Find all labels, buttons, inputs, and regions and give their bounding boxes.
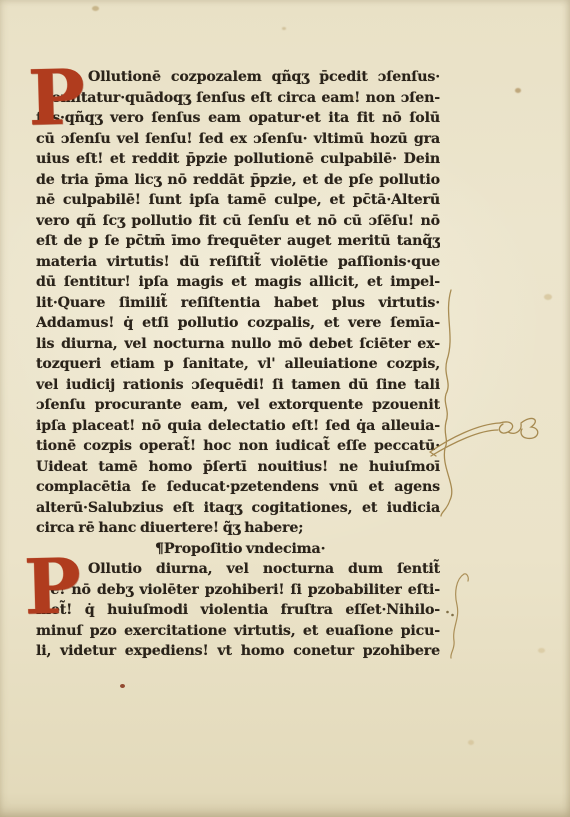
text-line: vero qñ ſcʒ pollutio fit cū ſenſu et nō … bbox=[36, 211, 440, 232]
text-line: complacētia ſe ſeducat·pzetendens vnū et… bbox=[36, 477, 440, 498]
text-line: tozqueri etiam p ſanitate, vl' alleuiati… bbox=[36, 354, 440, 375]
text-line: comitatur·quādoqʒ ſenſus eſt circa eam! … bbox=[43, 88, 440, 109]
marginal-small-mark bbox=[440, 568, 476, 664]
fox-spot bbox=[282, 27, 286, 30]
text-line: lis diurna, vel nocturna nullo mō debet … bbox=[36, 334, 440, 355]
text-line: uius eſt! et reddit p̄pzie pollutionē cu… bbox=[36, 149, 440, 170]
text-line: lit·Quare ſimilit̃ reſiſtentia habet plu… bbox=[36, 293, 440, 314]
quill-flourish-curl bbox=[499, 422, 521, 433]
text-line: ɔſenſu procurante eam, vel extorquente p… bbox=[36, 395, 440, 416]
text-line: materia virtutis! dū reſiſtit̃ violētie … bbox=[36, 252, 440, 273]
red-ink-speck bbox=[120, 684, 125, 688]
text-line: met̃! q̇ huiuſmodi violentia fruſtra eſſ… bbox=[36, 600, 440, 621]
text-line: circa rē hanc diuertere! q̃ʒ habere; bbox=[36, 518, 440, 539]
text-line: Uideat tamē homo p̄ſertī nouitius! ne hu… bbox=[36, 457, 440, 478]
text-line: Addamus! q̇ etſi pollutio cozpalis, et v… bbox=[36, 313, 440, 334]
quill-flourish-end-loop bbox=[521, 418, 538, 438]
text-block: P P Ollutionē cozpozalem qñqʒ p̄cedit ɔſ… bbox=[36, 67, 440, 662]
fox-spot bbox=[544, 294, 552, 300]
s-shaped-ink-mark bbox=[451, 574, 468, 658]
text-line: cū ɔſenſu vel ſenſu! ſed ex ɔſenſu· vlti… bbox=[36, 129, 440, 150]
text-line: tionē cozpis operat̃! hoc non iudicat̃ e… bbox=[36, 436, 440, 457]
fox-spot bbox=[350, 96, 355, 100]
text-line: de tria p̄ma licʒ nō reddāt p̄pzie, et d… bbox=[36, 170, 440, 191]
text-line: minuſ pzo exercitatione virtutis, et eua… bbox=[36, 621, 440, 642]
text-line: Ollutio diurna, vel nocturna dum ſentit̃… bbox=[88, 559, 440, 580]
ink-dot bbox=[446, 611, 449, 614]
text-lines: Ollutionē cozpozalem qñqʒ p̄cedit ɔſenſu… bbox=[36, 67, 440, 662]
quill-flourish-lower-stroke bbox=[430, 430, 498, 456]
text-line: eſt de p ſe pc̄tm̄ īmo frequēter auget m… bbox=[36, 231, 440, 252]
fox-spot bbox=[538, 648, 545, 653]
text-line: Ollutionē cozpozalem qñqʒ p̄cedit ɔſenſu… bbox=[88, 67, 440, 88]
fox-spot bbox=[515, 88, 521, 93]
text-line: li, videtur expediens! vt homo conetur p… bbox=[36, 641, 440, 662]
ink-dot bbox=[451, 614, 454, 617]
text-line: alterū·Salubzius eſt itaqʒ cogitationes,… bbox=[36, 498, 440, 519]
text-line: vel iudicij rationis ɔſequēdi! ſi tamen … bbox=[36, 375, 440, 396]
text-line: dū ſentitur! ipſa magis et magis allicit… bbox=[36, 272, 440, 293]
rubricated-initial-p-top: P bbox=[27, 67, 86, 127]
section-heading: ¶Propoſitio vndecima· bbox=[155, 539, 440, 560]
rubricated-initial-p-bottom: P bbox=[23, 556, 82, 616]
text-line: ipſa placeat! nō quia delectatio eſt! ſe… bbox=[36, 416, 440, 437]
fox-spot bbox=[468, 740, 474, 745]
text-line: re! nō debʒ violēter pzohiberi! ſi pzoba… bbox=[43, 580, 440, 601]
fox-spot bbox=[92, 6, 99, 11]
vertical-ink-squiggle bbox=[441, 290, 452, 516]
text-line: nē culpabilē! ſunt ipſa tamē culpe, et p… bbox=[36, 190, 440, 211]
text-line: ſus·qñqʒ vero ſenſus eam opatur·et ita f… bbox=[36, 108, 440, 129]
incunabulum-page: P P Ollutionē cozpozalem qñqʒ p̄cedit ɔſ… bbox=[0, 0, 570, 817]
